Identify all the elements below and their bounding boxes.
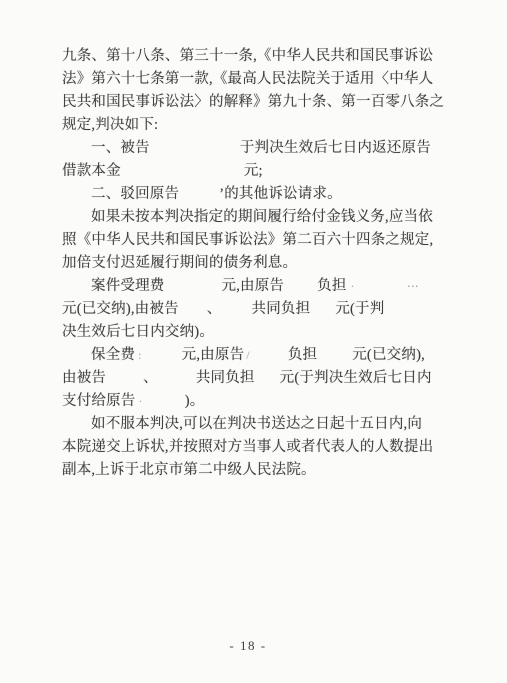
text-run: 法》第六十七条第一款,《最高人民法院关于适用〈中华人 bbox=[62, 71, 433, 87]
text-run: 元,由原告 bbox=[182, 347, 245, 363]
text-line: 加倍支付迟延履行期间的债务利息。 bbox=[62, 252, 448, 275]
scan-artifact: ⋯ bbox=[407, 279, 419, 293]
redaction-gap bbox=[143, 403, 185, 405]
redaction-gap bbox=[121, 173, 244, 175]
text-run: 于判决生效后七日内返还原告 bbox=[240, 140, 431, 156]
redaction-gap bbox=[355, 288, 407, 290]
redaction-gap bbox=[150, 150, 240, 152]
text-line: 支付给原告·)。 bbox=[62, 390, 448, 413]
text-run: 支付给原告 bbox=[62, 393, 136, 409]
text-run: 民共和国民事诉讼法〉的解释》第九十条、第一百零八条之 bbox=[62, 94, 444, 110]
redaction-gap bbox=[179, 311, 207, 313]
text-line: 九条、第十八条、第三十一条,《中华人民共和国民事诉讼 bbox=[62, 45, 448, 68]
text-line: 副本,上诉于北京市第二中级人民法院。 bbox=[62, 459, 448, 482]
judgment-text-block: 九条、第十八条、第三十一条,《中华人民共和国民事诉讼 法》第六十七条第一款,《最… bbox=[62, 45, 448, 482]
redaction-gap bbox=[310, 311, 335, 313]
redaction-gap bbox=[165, 288, 222, 290]
text-run: 元(已交纳),由被告 bbox=[62, 301, 179, 317]
text-run: 共同负担 bbox=[252, 301, 311, 317]
text-line: 法》第六十七条第一款,《最高人民法院关于适用〈中华人 bbox=[62, 68, 448, 91]
text-run: 二、驳回原告 bbox=[91, 186, 179, 202]
text-run: 照《中华人民共和国民事诉讼法》第二百六十四条之规定, bbox=[62, 232, 433, 248]
redaction-gap bbox=[250, 357, 288, 359]
text-run: 九条、第十八条、第三十一条,《中华人民共和国民事诉讼 bbox=[62, 48, 433, 64]
text-run: 、 bbox=[207, 301, 222, 317]
text-run: 本院递交上诉状,并按照对方当事人或者代表人的人数提出 bbox=[62, 439, 433, 455]
text-run: ’的其他诉讼请求。 bbox=[219, 186, 342, 202]
redaction-gap bbox=[179, 196, 219, 198]
redaction-gap bbox=[284, 288, 317, 290]
text-line: 借款本金元; bbox=[62, 160, 448, 183]
text-run: 决生效后七日内交纳)。 bbox=[62, 324, 214, 340]
text-line: 决生效后七日内交纳)。 bbox=[62, 321, 448, 344]
text-run: 案件受理费 bbox=[91, 278, 165, 294]
scan-artifact: / bbox=[246, 348, 250, 362]
text-line: 由被告、共同负担元(于判决生效后七日内 bbox=[62, 367, 448, 390]
text-run: 借款本金 bbox=[62, 163, 121, 179]
text-run: 元(于判 bbox=[335, 301, 384, 317]
redaction-gap bbox=[142, 357, 182, 359]
text-run: 由被告 bbox=[62, 370, 106, 386]
text-line: 规定,判决如下: bbox=[62, 114, 448, 137]
text-run: )。 bbox=[185, 393, 205, 409]
text-run: 元; bbox=[244, 163, 263, 179]
text-run: 规定,判决如下: bbox=[62, 117, 158, 133]
text-run: 一、被告 bbox=[91, 140, 150, 156]
text-line: 元(已交纳),由被告、共同负担元(于判 bbox=[62, 298, 448, 321]
text-run: 副本,上诉于北京市第二中级人民法院。 bbox=[62, 462, 316, 478]
text-line: 照《中华人民共和国民事诉讼法》第二百六十四条之规定, bbox=[62, 229, 448, 252]
redaction-gap bbox=[222, 311, 252, 313]
text-line: 如不服本判决,可以在判决书送达之日起十五日内,向 bbox=[62, 413, 448, 436]
text-run: 如果未按本判决指定的期间履行给付金钱义务,应当依 bbox=[91, 209, 433, 225]
scan-artifact: : bbox=[138, 348, 142, 362]
redaction-gap bbox=[158, 380, 196, 382]
text-run: 加倍支付迟延履行期间的债务利息。 bbox=[62, 255, 297, 271]
text-run: 元,由原告 bbox=[222, 278, 285, 294]
text-run: 、 bbox=[143, 370, 158, 386]
text-run: 共同负担 bbox=[196, 370, 255, 386]
text-run: 元(于判决生效后七日内 bbox=[280, 370, 432, 386]
text-line: 二、驳回原告’的其他诉讼请求。 bbox=[62, 183, 448, 206]
scan-artifact: · bbox=[351, 279, 355, 293]
redaction-gap bbox=[317, 357, 352, 359]
text-run: 如不服本判决,可以在判决书送达之日起十五日内,向 bbox=[91, 416, 422, 432]
text-line: 保全费:元,由原告/负担元(已交纳), bbox=[62, 344, 448, 367]
scanned-page: 九条、第十八条、第三十一条,《中华人民共和国民事诉讼 法》第六十七条第一款,《最… bbox=[0, 0, 507, 683]
text-run: 负担 bbox=[288, 347, 317, 363]
text-line: 如果未按本判决指定的期间履行给付金钱义务,应当依 bbox=[62, 206, 448, 229]
text-line: 一、被告于判决生效后七日内返还原告 bbox=[62, 137, 448, 160]
page-number: - 18 - bbox=[0, 638, 496, 654]
text-line: 民共和国民事诉讼法〉的解释》第九十条、第一百零八条之 bbox=[62, 91, 448, 114]
text-run: 保全费 bbox=[91, 347, 135, 363]
text-line: 案件受理费元,由原告负担·⋯ bbox=[62, 275, 448, 298]
text-run: 负担 bbox=[317, 278, 346, 294]
text-line: 本院递交上诉状,并按照对方当事人或者代表人的人数提出 bbox=[62, 436, 448, 459]
redaction-gap bbox=[255, 380, 280, 382]
text-run: 元(已交纳), bbox=[352, 347, 425, 363]
scan-artifact: · bbox=[139, 394, 143, 408]
redaction-gap bbox=[106, 380, 143, 382]
